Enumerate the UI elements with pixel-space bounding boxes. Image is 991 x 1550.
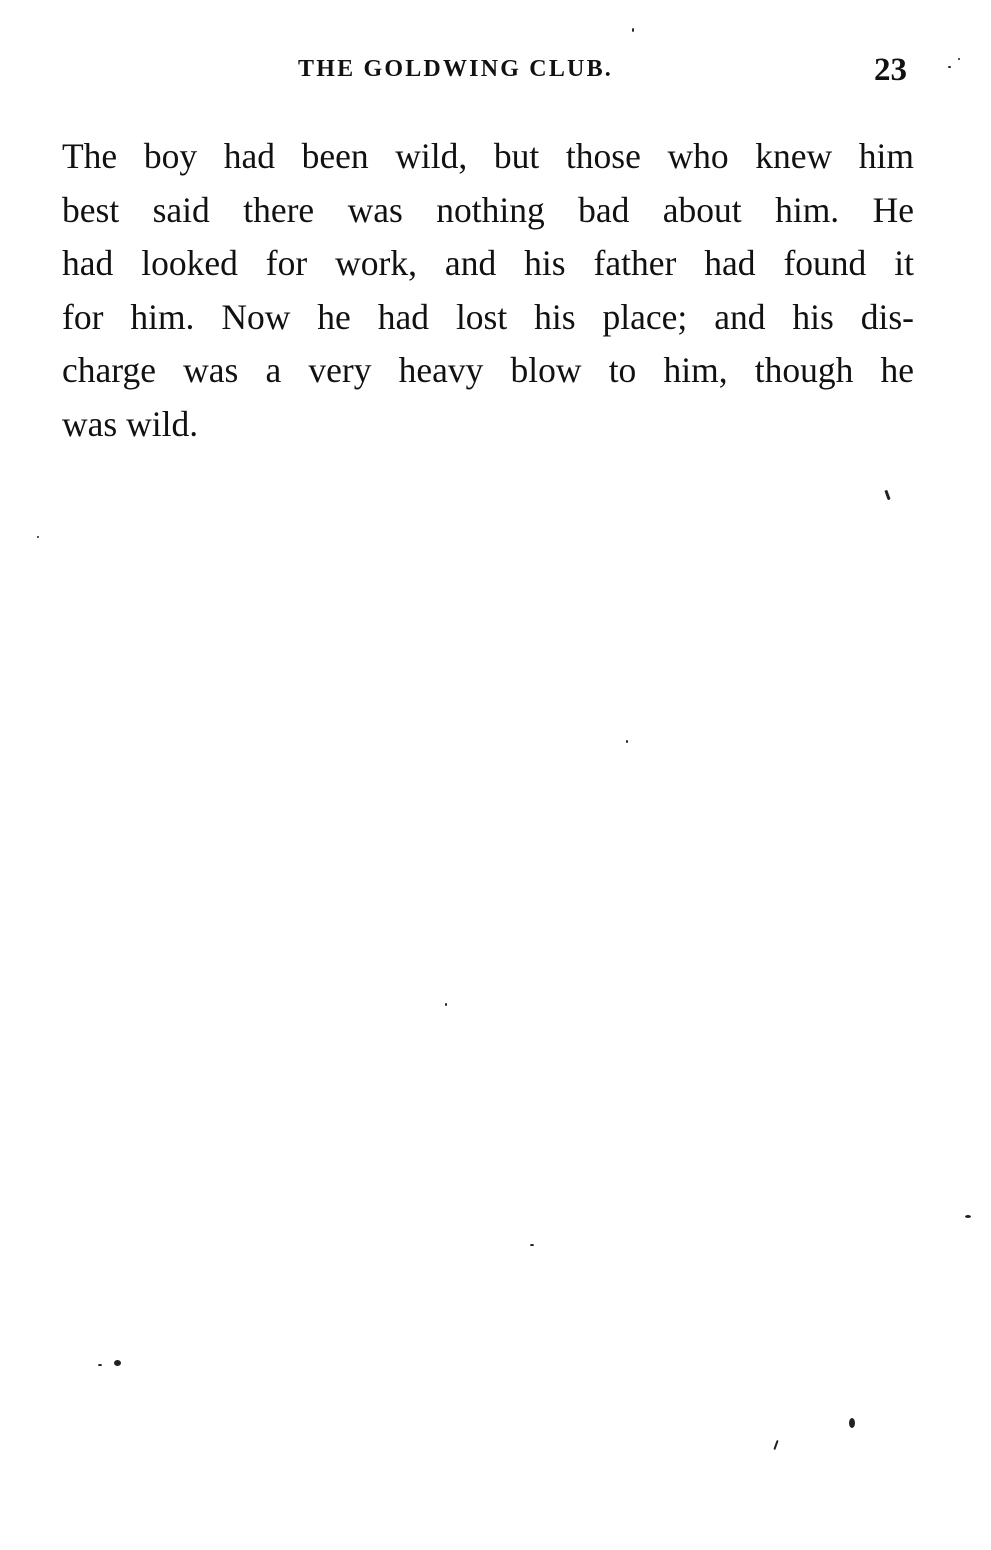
text-line: The boy had been wild, but those who kne… [62, 130, 914, 184]
scan-speck [632, 28, 634, 32]
scan-speck [884, 490, 890, 500]
book-page: THE GOLDWING CLUB. 23 The boy had been w… [0, 0, 991, 1550]
scan-speck [445, 1003, 447, 1006]
text-line: had looked for work, and his father had … [62, 237, 914, 291]
scan-speck [773, 1440, 778, 1450]
scan-speck [114, 1360, 121, 1366]
scan-speck [626, 740, 628, 743]
scan-speck [849, 1418, 855, 1428]
text-line: best said there was nothing bad about hi… [62, 184, 914, 238]
text-line: charge was a very heavy blow to him, tho… [62, 344, 914, 398]
scan-speck [948, 66, 951, 68]
scan-speck [958, 58, 960, 60]
scan-speck [530, 1244, 534, 1246]
body-paragraph: The boy had been wild, but those who kne… [62, 130, 914, 451]
text-line: for him. Now he had lost his place; and … [62, 291, 914, 345]
text-line: was wild. [62, 398, 914, 452]
scan-speck [98, 1364, 102, 1366]
running-title: THE GOLDWING CLUB. [298, 56, 613, 83]
scan-speck [37, 536, 39, 538]
page-number: 23 [874, 52, 907, 89]
running-head: THE GOLDWING CLUB. 23 [0, 52, 991, 92]
scan-speck [965, 1215, 971, 1218]
